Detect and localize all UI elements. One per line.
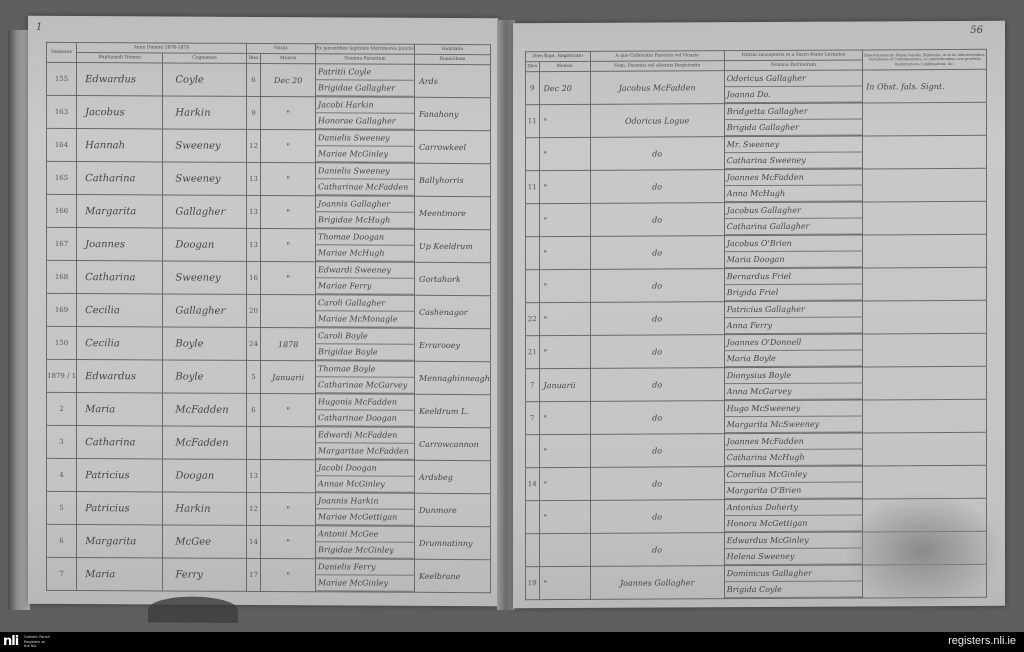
surname: McFadden [163, 426, 246, 459]
residence: Gortahork [415, 262, 491, 295]
right-register-page: 56 Dies Bapt. Registratio A quo Collocat… [513, 21, 1005, 609]
sponsor-name: Brigida Friel [725, 284, 862, 301]
sponsors-cell: Dominicus GallagherBrigida Coyle [724, 565, 862, 599]
baptism-month: " [539, 104, 590, 137]
sponsor-name: Cornelius McGinley [725, 466, 862, 483]
minister-name: do [590, 203, 724, 237]
baptized-name: Hannah [77, 129, 163, 162]
page-number: 56 [970, 25, 983, 36]
residence: Mennaghinneagh [415, 361, 491, 394]
birth-day: 12 [246, 492, 261, 525]
sponsor-name: Anna McGarvey [725, 383, 862, 400]
minister-name: Jacobus McFadden [590, 71, 724, 105]
baptized-name: Cecilia [77, 294, 163, 327]
minister-name: do [590, 467, 724, 501]
table-row: 5PatriciusHarkin12"Joannis HarkinMariae … [47, 491, 491, 526]
table-row: 6MargaritaMcGee14"Antonii McGeeBrigidae … [47, 524, 491, 559]
sponsor-name: Joanna Do. [725, 86, 862, 103]
parents-cell: Jacobi HarkinHonorae Gallagher [316, 97, 415, 131]
baptized-name: Cecilia [77, 327, 163, 360]
minister-name: do [590, 302, 724, 336]
birth-day: 6 [246, 393, 261, 426]
sponsor-name: Odoricus Gallagher [725, 70, 862, 87]
birth-day: 24 [246, 327, 261, 360]
entry-number: 163 [47, 95, 77, 128]
baptism-day [526, 204, 540, 237]
residence: Meentmore [415, 196, 491, 229]
birth-day: 12 [246, 129, 261, 162]
sponsor-name: Maria Doogan [725, 251, 862, 268]
table-row: 7JanuariidoDionysius BoyleAnna McGarvey [526, 366, 987, 401]
birth-month: 1878 [261, 327, 316, 360]
birth-month: " [261, 393, 316, 426]
father-name: Danielis Sweeney [316, 130, 414, 147]
surname: Ferry [163, 558, 246, 591]
table-row: 11"Odoricus LogueBridgetta GallagherBrig… [526, 102, 987, 137]
sponsor-name: Mr. Sweeney [725, 136, 862, 153]
mother-name: Honorae Gallagher [316, 113, 414, 130]
sponsor-name: Joannes McFadden [725, 433, 862, 450]
father-name: Hugonis McFadden [316, 394, 414, 411]
table-row: 22"doPatricius GallagherAnna Ferry [526, 300, 987, 335]
minister-name: do [590, 533, 724, 567]
baptism-day: 19 [526, 567, 540, 600]
parents-cell: Antonii McGeeBrigidae McGinley [316, 526, 415, 560]
baptism-register-table-left: Numerus Anno Domini 1878-1879 Natus Ex p… [46, 42, 491, 593]
table-row: 1879 / 1EdwardusBoyle5JanuariiThomae Boy… [47, 359, 491, 394]
sponsor-name: Brigida Gallagher [725, 119, 862, 136]
col-natus: Natus [246, 43, 315, 53]
minister-name: do [590, 368, 724, 402]
parents-cell: Caroli BoyleBrigidae Boyle [316, 328, 415, 362]
baptism-day: 21 [526, 336, 540, 369]
father-name: Danielis Ferry [316, 559, 414, 576]
mother-name: Brigidae McGinley [316, 542, 414, 559]
birth-day: 17 [246, 558, 261, 591]
table-row: 155EdwardusCoyle6Dec 20Patritii CoyleBri… [47, 62, 491, 97]
birth-day: 20 [246, 294, 261, 327]
table-row: 163JacobusHarkin9"Jacobi HarkinHonorae G… [47, 95, 491, 130]
baptized-name: Patricius [77, 492, 163, 525]
baptized-name: Joannes [77, 228, 163, 261]
entry-number: 1879 / 1 [47, 359, 77, 392]
father-name: Thomae Doogan [316, 229, 414, 246]
baptism-month: Dec 20 [539, 71, 590, 104]
sponsor-name: Jacobus O'Brien [725, 235, 862, 252]
sponsor-name: Catharina Sweeney [725, 152, 862, 169]
sponsors-cell: Bridgetta GallagherBrigida Gallagher [724, 103, 862, 137]
mother-name: Mariae McGinley [316, 146, 414, 163]
sponsors-cell: Bernardus FrielBrigida Friel [724, 268, 862, 302]
parents-cell: Joannis HarkinMariae McGettigan [316, 493, 415, 527]
residence: Carrowcannon [415, 427, 491, 460]
left-register-page: 1 Numerus Anno Domini 1878-1879 Natus Ex… [28, 16, 498, 606]
surname: McGee [163, 525, 246, 558]
father-name: Jacobi Doogan [316, 460, 414, 477]
table-row: 7"doHugo McSweeneyMargarita McSweeney [526, 399, 987, 434]
sponsors-cell: Edwardus McGinleyHelena Sweeney [724, 532, 862, 566]
col-dies: Dies [246, 53, 261, 63]
site-link[interactable]: registers.nli.ie [948, 635, 1016, 647]
sponsor-name: Margarita McSweeney [725, 416, 862, 433]
entry-number: 5 [47, 491, 77, 524]
nli-logo[interactable]: nli [3, 635, 18, 649]
table-row: "doJacobus O'BrienMaria Doogan [526, 234, 987, 269]
residence: Ards [415, 64, 491, 97]
table-row: 11"doJoannes McFaddenAnna McHugh [526, 168, 987, 203]
birth-month: " [261, 525, 316, 558]
surname: Coyle [163, 63, 246, 96]
parents-cell: Patritii CoyleBrigidae Gallagher [316, 64, 415, 98]
father-name: Edwardi Sweeney [316, 262, 414, 279]
mother-name: Brigidae Boyle [316, 344, 414, 361]
birth-month: Dec 20 [261, 63, 316, 96]
entry-number: 164 [47, 128, 77, 161]
birth-day: 16 [246, 261, 261, 294]
sponsor-name: Helena Sweeney [725, 548, 862, 565]
minister-name: do [590, 335, 724, 369]
table-row: 7MariaFerry17"Danielis FerryMariae McGin… [47, 557, 491, 592]
observation [863, 432, 987, 466]
sponsors-cell: Jacobus O'BrienMaria Doogan [724, 235, 862, 269]
sponsor-name: Jacobus Gallagher [725, 202, 862, 219]
sponsor-name: Hugo McSweeney [725, 400, 862, 417]
minister-name: do [590, 137, 724, 171]
sponsors-cell: Cornelius McGinleyMargarita O'Brien [724, 466, 862, 500]
baptism-month: " [539, 434, 590, 467]
sponsor-name: Dionysius Boyle [725, 367, 862, 384]
baptism-month: " [539, 401, 590, 434]
surname: Harkin [163, 492, 246, 525]
surname: Gallagher [163, 195, 246, 228]
col-minister: A quo Collocatio Parentis vel Vicario [590, 51, 724, 62]
mother-name: Brigidae Gallagher [316, 80, 414, 97]
baptism-day [526, 501, 540, 534]
father-name: Thomae Boyle [316, 361, 414, 378]
sponsors-cell: Jacobus GallagherCatharina Gallagher [724, 202, 862, 236]
baptized-name: Catharina [77, 162, 163, 195]
baptism-day: 11 [526, 171, 540, 204]
baptism-month: Januarii [539, 368, 590, 401]
birth-day: 13 [246, 228, 261, 261]
sponsor-name: Bridgetta Gallagher [725, 103, 862, 120]
baptized-name: Jacobus [77, 96, 163, 129]
sponsors-cell: Joannes McFaddenAnna McHugh [724, 169, 862, 203]
image-viewer[interactable]: 1 Numerus Anno Domini 1878-1879 Natus Ex… [0, 0, 1024, 632]
baptism-month: " [539, 335, 590, 368]
father-name: Caroli Gallagher [316, 295, 414, 312]
sponsor-name: Patricius Gallagher [725, 301, 862, 318]
father-name: Antonii McGee [316, 526, 414, 543]
baptized-name: Maria [77, 393, 163, 426]
baptism-day: 9 [526, 72, 540, 105]
surname: Sweeney [163, 261, 246, 294]
entry-number: 168 [47, 260, 77, 293]
table-row: "doBernardus FrielBrigida Friel [526, 267, 987, 302]
birth-month: " [261, 162, 316, 195]
viewer-footer: nli Catholic Parish Registers at the NLI… [0, 632, 1024, 652]
baptism-month: " [539, 302, 590, 335]
baptism-day [526, 270, 540, 303]
col-domicile: Domicilium [415, 54, 491, 64]
table-row: 165CatharinaSweeney13"Danielis SweeneyCa… [47, 161, 491, 196]
surname: Sweeney [163, 162, 246, 195]
minister-name: do [590, 401, 724, 435]
entry-number: 4 [47, 458, 77, 491]
father-name: Caroli Boyle [316, 328, 414, 345]
surname: Harkin [163, 96, 246, 129]
baptized-name: Edwardus [77, 63, 163, 96]
residence: Up Keeldrum [415, 229, 491, 262]
birth-day: 13 [246, 459, 261, 492]
birth-month: " [261, 129, 316, 162]
sponsor-name: Honora McGettigan [725, 515, 862, 532]
father-name: Jacobi Harkin [316, 97, 414, 114]
observation [863, 201, 987, 235]
birth-month [261, 459, 316, 492]
birth-day: 13 [246, 195, 261, 228]
table-row: 2MariaMcFadden6"Hugonis McFaddenCatharin… [47, 392, 491, 427]
parents-cell: Thomae BoyleCatharinae McGarvey [316, 361, 415, 395]
col-mensis: Mensis [261, 53, 316, 63]
baptism-day [526, 138, 540, 171]
birth-month: Januarii [261, 360, 316, 393]
birth-month: " [261, 558, 316, 591]
baptized-name: Maria [77, 558, 163, 591]
table-row: 9Dec 20Jacobus McFaddenOdoricus Gallaghe… [526, 69, 987, 104]
minister-name: do [590, 236, 724, 270]
entry-number: 167 [47, 227, 77, 260]
entry-number: 6 [47, 524, 77, 557]
table-row: 150CeciliaBoyle241878Caroli BoyleBrigida… [47, 326, 491, 361]
baptism-month [539, 533, 590, 566]
minister-name: Odoricus Logue [590, 104, 724, 138]
baptized-name: Margarita [77, 525, 163, 558]
sponsor-name: Maria Boyle [725, 350, 862, 367]
sponsors-cell: Joannes McFaddenCatharina McHugh [724, 433, 862, 467]
observation [863, 366, 987, 400]
parents-cell: Joannis GallagherBrigidae McHugh [316, 196, 415, 230]
col-number: Numerus [47, 42, 77, 62]
mother-name: Mariae McHugh [316, 245, 414, 262]
father-name: Danielis Sweeney [316, 163, 414, 180]
sponsor-name: Anna Ferry [725, 317, 862, 334]
page-stain [843, 491, 1003, 612]
residence: Fanahony [415, 97, 491, 130]
table-row: "doMr. SweeneyCatharina Sweeney [526, 135, 987, 170]
mother-name: Catharinae McFadden [316, 179, 414, 196]
parents-cell: Edwardi McFaddenMargaritae McFadden [316, 427, 415, 461]
parents-cell: Danielis SweeneyMariae McGinley [316, 130, 415, 164]
baptism-month: " [539, 566, 590, 599]
residence: Carrowkeel [415, 130, 491, 163]
father-name: Edwardi McFadden [316, 427, 414, 444]
father-name: Joannis Harkin [316, 493, 414, 510]
entry-number: 155 [47, 62, 77, 95]
baptism-day: 22 [526, 303, 540, 336]
surname: McFadden [163, 393, 246, 426]
baptism-month: " [539, 467, 590, 500]
mother-name: Brigidae McHugh [316, 212, 414, 229]
observation: In Obst. fals. Signt. [863, 69, 987, 103]
parents-cell: Danielis FerryMariae McGinley [316, 559, 415, 593]
surname: Boyle [163, 327, 246, 360]
observation [863, 102, 987, 136]
residence: Keelbrane [415, 559, 491, 592]
observation [863, 168, 987, 202]
observation [863, 399, 987, 433]
table-row: 4PatriciusDoogan13Jacobi DooganAnnae McG… [47, 458, 491, 493]
col-dies: Dies [526, 62, 540, 72]
birth-day [246, 426, 261, 459]
entry-number: 7 [47, 557, 77, 590]
residence: Ballyhorris [415, 163, 491, 196]
sponsors-cell: Hugo McSweeneyMargarita McSweeney [724, 400, 862, 434]
mother-name: Margaritae McFadden [316, 443, 414, 460]
col-mensis: Mensis [539, 61, 590, 71]
baptized-name: Catharina [77, 261, 163, 294]
birth-month: " [261, 96, 316, 129]
table-row: 166MargaritaGallagher13"Joannis Gallaghe… [47, 194, 491, 229]
mother-name: Mariae McGinley [316, 575, 414, 592]
parents-cell: Edwardi SweeneyMariae Ferry [316, 262, 415, 296]
sponsors-cell: Mr. SweeneyCatharina Sweeney [724, 136, 862, 170]
sponsors-cell: Antonius DohertyHonora McGettigan [724, 499, 862, 533]
mother-name: Catharinae Doogan [316, 410, 414, 427]
table-row: "doJoannes McFaddenCatharina McHugh [526, 432, 987, 467]
mother-name: Mariae McMonagle [316, 311, 414, 328]
entry-number: 150 [47, 326, 77, 359]
parents-cell: Hugonis McFaddenCatharinae Doogan [316, 394, 415, 428]
baptism-day [526, 534, 540, 567]
baptism-month: " [539, 236, 590, 269]
residence: Ardsbeg [415, 460, 491, 493]
baptized-name: Catharina [77, 426, 163, 459]
birth-month: " [261, 228, 316, 261]
residence: Keeldrum L. [415, 394, 491, 427]
sponsor-name: Joannes O'Donnell [725, 334, 862, 351]
baptism-month: " [539, 500, 590, 533]
birth-month [261, 426, 316, 459]
baptism-day: 7 [526, 369, 540, 402]
logo-caption: Catholic Parish Registers at the NLI [24, 635, 50, 649]
birth-day: 5 [246, 360, 261, 393]
col-residence: Habitatio [415, 44, 491, 54]
entry-number: 3 [47, 425, 77, 458]
table-row: 164HannahSweeney12"Danielis SweeneyMaria… [47, 128, 491, 163]
parents-cell: Jacobi DooganAnnae McGinley [316, 460, 415, 494]
table-row: 169CeciliaGallagher20Caroli GallagherMar… [47, 293, 491, 328]
mother-name: Annae McGinley [316, 476, 414, 493]
minister-name: Joannes Gallagher [590, 566, 724, 600]
observation [863, 234, 987, 268]
entry-number: 2 [47, 392, 77, 425]
parents-cell: Caroli GallagherMariae McMonagle [316, 295, 415, 329]
baptism-day: 11 [526, 105, 540, 138]
entry-number: 166 [47, 194, 77, 227]
entry-number: 165 [47, 161, 77, 194]
sponsor-name: Joannes McFadden [725, 169, 862, 186]
surname: Sweeney [163, 129, 246, 162]
sponsors-cell: Dionysius BoyleAnna McGarvey [724, 367, 862, 401]
sponsors-cell: Odoricus GallagherJoanna Do. [724, 70, 862, 104]
sponsor-name: Anna McHugh [725, 185, 862, 202]
minister-name: do [590, 170, 724, 204]
sponsors-cell: Joannes O'DonnellMaria Boyle [724, 334, 862, 368]
sponsor-name: Margarita O'Brien [725, 482, 862, 499]
father-name: Joannis Gallagher [316, 196, 414, 213]
father-name: Patritii Coyle [316, 64, 414, 81]
table-row: 21"doJoannes O'DonnellMaria Boyle [526, 333, 987, 368]
sponsor-name: Brigida Coyle [725, 581, 862, 598]
sponsor-name: Edwardus McGinley [725, 532, 862, 549]
birth-day: 14 [246, 525, 261, 558]
baptized-name: Edwardus [77, 360, 163, 393]
table-row: 3CatharinaMcFaddenEdwardi McFaddenMargar… [47, 425, 491, 460]
col-parent-names: Nomina Parentum [316, 54, 415, 65]
mother-name: Mariae Ferry [316, 278, 414, 295]
birth-month: " [261, 261, 316, 294]
col-minister-name: Nom. Parentis vel alterius Registratio [590, 61, 724, 72]
observation [863, 333, 987, 367]
parents-cell: Danielis SweeneyCatharinae McFadden [316, 163, 415, 197]
minister-name: do [590, 269, 724, 303]
birth-day: 13 [246, 162, 261, 195]
birth-month [261, 294, 316, 327]
surname: Boyle [163, 360, 246, 393]
table-row: 168CatharinaSweeney16"Edwardi SweeneyMar… [47, 260, 491, 295]
baptism-day: 14 [526, 468, 540, 501]
birth-month: " [261, 195, 316, 228]
page-shadow [148, 596, 238, 622]
col-surname: Cognomen [163, 53, 246, 63]
baptism-month: " [539, 269, 590, 302]
surname: Doogan [163, 228, 246, 261]
col-baptism-date: Dies Bapt. Registratio [526, 51, 591, 61]
observation [863, 300, 987, 334]
col-notes: Observationes de Status Natalis, Signatu… [863, 49, 987, 70]
entry-number: 169 [47, 293, 77, 326]
mother-name: Catharinae McGarvey [316, 377, 414, 394]
col-parents: Ex parentibus legitimis Matrimonio junct… [316, 44, 415, 55]
parents-cell: Thomae DooganMariae McHugh [316, 229, 415, 263]
table-row: 167JoannesDoogan13"Thomae DooganMariae M… [47, 227, 491, 262]
observation [863, 135, 987, 169]
sponsor-name: Antonius Doherty [725, 499, 862, 516]
birth-day: 6 [246, 63, 261, 96]
minister-name: do [590, 434, 724, 468]
baptism-month: " [539, 203, 590, 236]
baptism-day: 7 [526, 402, 540, 435]
book-edge [8, 30, 30, 610]
sponsor-name: Catharina McHugh [725, 449, 862, 466]
baptism-month: " [539, 137, 590, 170]
residence: Cashenagor [415, 295, 491, 328]
birth-day: 9 [246, 96, 261, 129]
surname: Gallagher [163, 294, 246, 327]
table-row: "doJacobus GallagherCatharina Gallagher [526, 201, 987, 236]
col-baptized-name: Baptizandi Nomen [77, 53, 163, 63]
birth-month: " [261, 492, 316, 525]
residence: Dunmore [415, 493, 491, 526]
sponsors-cell: Patricius GallagherAnna Ferry [724, 301, 862, 335]
baptism-month: " [539, 170, 590, 203]
minister-name: do [590, 500, 724, 534]
baptism-day [526, 435, 540, 468]
mother-name: Mariae McGettigan [316, 509, 414, 526]
residence: Errarooey [415, 328, 491, 361]
observation [863, 267, 987, 301]
